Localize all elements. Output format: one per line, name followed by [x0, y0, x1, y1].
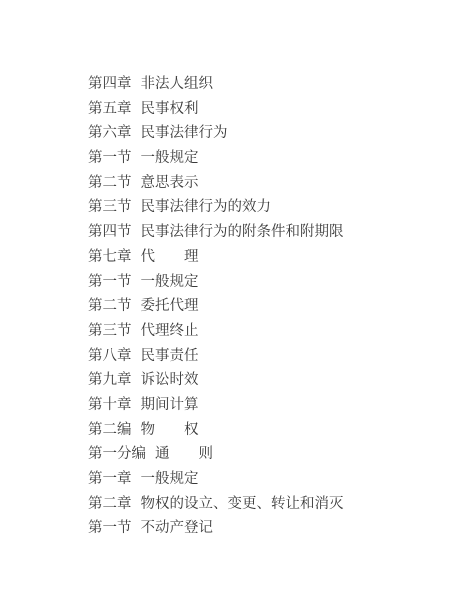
toc-entry: 第二节意思表示 — [88, 171, 443, 196]
toc-entry-label: 第十章 — [88, 393, 132, 418]
toc-entry: 第五章民事权利 — [88, 97, 443, 122]
toc-entry-label: 第九章 — [88, 368, 132, 393]
toc-entry-title: 期间计算 — [141, 393, 199, 418]
toc-entry: 第三节代理终止 — [88, 319, 443, 344]
toc-entry-title: 诉讼时效 — [141, 368, 199, 393]
toc-entry-label: 第四节 — [88, 220, 132, 245]
toc-entry-label: 第五章 — [88, 97, 132, 122]
toc-entry: 第二编物 权 — [88, 418, 443, 443]
toc-entry-label: 第二章 — [88, 492, 132, 517]
toc-entry-label: 第二节 — [88, 294, 132, 319]
toc-entry: 第二节委托代理 — [88, 294, 443, 319]
toc-entry: 第六章民事法律行为 — [88, 121, 443, 146]
toc-entry-title: 民事责任 — [141, 344, 199, 369]
toc-entry-title: 民事法律行为的附条件和附期限 — [141, 220, 344, 245]
toc-entry: 第一章一般规定 — [88, 467, 443, 492]
toc-entry-title: 通 则 — [155, 442, 213, 467]
toc-entry-title: 民事权利 — [141, 97, 199, 122]
toc-entry-title: 委托代理 — [141, 294, 199, 319]
toc-entry-label: 第六章 — [88, 121, 132, 146]
toc-entry-title: 不动产登记 — [141, 516, 214, 541]
toc-entry-label: 第八章 — [88, 344, 132, 369]
toc-entry-title: 意思表示 — [141, 171, 199, 196]
toc-entry-label: 第一节 — [88, 146, 132, 171]
toc-entry: 第八章民事责任 — [88, 344, 443, 369]
toc-entry: 第二章物权的设立、变更、转让和消灭 — [88, 492, 443, 517]
toc-entry-label: 第一分编 — [88, 442, 146, 467]
toc-entry-title: 一般规定 — [141, 146, 199, 171]
toc-entry-label: 第一节 — [88, 270, 132, 295]
toc-entry: 第三节民事法律行为的效力 — [88, 195, 443, 220]
toc-entry-label: 第一节 — [88, 516, 132, 541]
document-page: 第四章非法人组织 第五章民事权利 第六章民事法律行为 第一节一般规定 第二节意思… — [0, 0, 463, 614]
toc-entry-title: 民事法律行为的效力 — [141, 195, 272, 220]
toc-entry-label: 第七章 — [88, 245, 132, 270]
toc-entry: 第一节不动产登记 — [88, 516, 443, 541]
toc-entry: 第七章代 理 — [88, 245, 443, 270]
toc-entry: 第一节一般规定 — [88, 146, 443, 171]
toc-entry-label: 第一章 — [88, 467, 132, 492]
toc-entry-title: 物 权 — [141, 418, 199, 443]
toc-entry-title: 非法人组织 — [141, 72, 214, 97]
toc-entry-title: 民事法律行为 — [141, 121, 228, 146]
toc-entry-title: 代理终止 — [141, 319, 199, 344]
toc-entry-label: 第二编 — [88, 418, 132, 443]
toc-entry-title: 一般规定 — [141, 270, 199, 295]
toc-entry: 第一分编通 则 — [88, 442, 443, 467]
toc-entry-label: 第二节 — [88, 171, 132, 196]
toc-entry: 第四章非法人组织 — [88, 72, 443, 97]
toc-entry: 第十章期间计算 — [88, 393, 443, 418]
toc-entry: 第一节一般规定 — [88, 270, 443, 295]
toc-entry-title: 物权的设立、变更、转让和消灭 — [141, 492, 344, 517]
toc-entry: 第九章诉讼时效 — [88, 368, 443, 393]
toc-entry-title: 一般规定 — [141, 467, 199, 492]
toc-entry-label: 第四章 — [88, 72, 132, 97]
toc-entry-label: 第三节 — [88, 195, 132, 220]
toc-entry-label: 第三节 — [88, 319, 132, 344]
toc-entry-title: 代 理 — [141, 245, 199, 270]
toc-entry: 第四节民事法律行为的附条件和附期限 — [88, 220, 443, 245]
toc-list: 第四章非法人组织 第五章民事权利 第六章民事法律行为 第一节一般规定 第二节意思… — [0, 0, 463, 541]
